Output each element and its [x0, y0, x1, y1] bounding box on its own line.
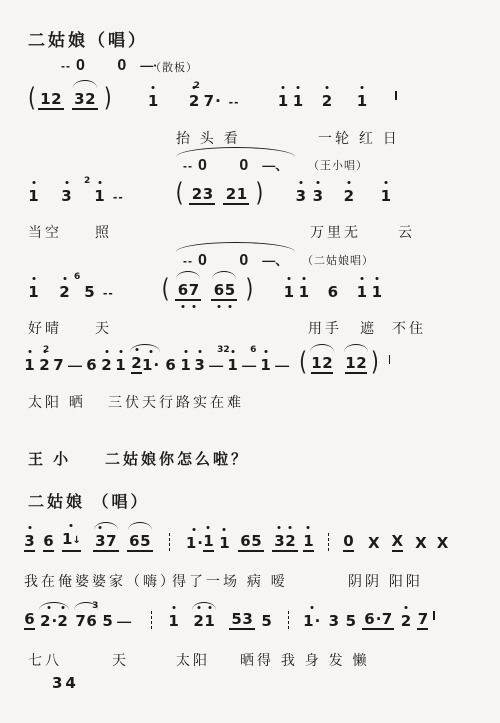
note: 1: [203, 532, 214, 552]
note: 1↓: [62, 530, 81, 552]
grace-note: 2: [43, 345, 49, 355]
spacer: [135, 629, 149, 630]
note: 3: [312, 187, 323, 205]
note-digit: 5: [102, 612, 112, 630]
note: 5: [261, 612, 272, 630]
music-line-4: 1272—62121·613—132—16—(1212): [24, 354, 392, 374]
rest-notation: --0 0—、: [180, 250, 291, 270]
note: 6·: [364, 610, 381, 628]
note-digit: 6: [129, 532, 139, 550]
octave-dot-above: [70, 524, 73, 527]
note-digit: 2: [59, 283, 69, 301]
note: 1: [380, 187, 391, 205]
octave-dot-above: [325, 86, 328, 89]
octave-dot-above: [135, 348, 138, 351]
note-group: 2·2: [38, 612, 70, 630]
octave-dot-above: [384, 181, 387, 184]
duration-dashes: --: [229, 94, 240, 109]
note-digit: 6: [43, 532, 53, 550]
singer-heading-2: 二姑娘 （唱）: [28, 489, 149, 512]
note: 2: [322, 354, 333, 374]
note: 3: [61, 187, 72, 205]
note-digit: X: [415, 534, 427, 552]
octave-dot-below: [181, 305, 184, 308]
rest-tail-dash: —、: [262, 158, 288, 173]
octave-dot-above: [299, 181, 302, 184]
note: 6: [327, 283, 338, 301]
spacer: [221, 109, 227, 110]
lyric-segment: 太阳 晒: [28, 392, 86, 412]
note-digit: 5: [231, 610, 241, 628]
note-digit: 1: [284, 283, 294, 301]
octave-dot-above: [47, 606, 50, 609]
note-digit: 3: [203, 185, 213, 203]
note-digit: 3: [194, 356, 204, 374]
spacer: [291, 629, 303, 630]
octave-dot-above: [223, 528, 226, 531]
note: 2: [51, 90, 62, 108]
rest-lead-dashes: --: [61, 59, 71, 73]
note-digit: 6: [24, 610, 34, 628]
singer-heading-1: 二姑娘（唱）: [28, 26, 148, 51]
note: 1: [303, 532, 314, 552]
lyric-segment: 晒得 我 身 发 懒: [240, 650, 370, 670]
note: 2: [191, 185, 202, 203]
note-digit: 5: [346, 612, 356, 630]
note-digit: 5: [261, 612, 271, 630]
note: 1·: [186, 534, 203, 552]
note: 5: [224, 281, 235, 299]
spacer: [70, 300, 84, 301]
spacer: [154, 629, 168, 630]
spacer: [114, 109, 148, 110]
note: 1: [371, 283, 382, 301]
spacer: [237, 300, 243, 301]
note-digit: 3: [95, 532, 105, 550]
note: 2: [343, 187, 354, 205]
note-digit: 7: [418, 610, 428, 628]
octave-dot-above: [149, 350, 152, 353]
spacer: [309, 300, 327, 301]
octave-dot-above: [375, 277, 378, 280]
note-group: 32: [72, 90, 98, 110]
note-digit: 2: [192, 185, 202, 203]
lyric-segment: 不住: [392, 318, 426, 338]
lyric-segment: 天: [95, 318, 112, 338]
lyric-segment: 阴阴 阳阳: [348, 571, 423, 591]
note: 2: [193, 612, 204, 630]
spacer: [338, 300, 356, 301]
note-digit: 2: [226, 185, 236, 203]
octave-dot-above: [281, 86, 284, 89]
note-digit: 1: [62, 530, 72, 548]
note: 72: [53, 356, 64, 374]
lyric-line-6: 七八天太阳晒得 我 身 发 懒: [0, 650, 500, 670]
augmentation-dot: ·: [315, 612, 321, 630]
note: 2: [39, 356, 50, 374]
spacer: [320, 629, 328, 630]
close-paren: ): [255, 176, 263, 207]
octave-dot-above: [197, 606, 200, 609]
note: 2: [356, 354, 367, 374]
note: 6: [129, 532, 140, 550]
note-digit: 1: [260, 356, 270, 374]
rest-notation: --0 0—、: [180, 155, 291, 175]
note: 1: [180, 356, 191, 374]
note-digit: 6: [364, 610, 374, 628]
note: 3: [74, 90, 85, 108]
note-digit: 3: [24, 532, 34, 550]
spacer: [331, 551, 343, 552]
rest-lead-dashes: --: [183, 254, 193, 268]
note: 1: [115, 356, 126, 374]
note-digit: 6: [86, 612, 96, 630]
octave-dot-above: [65, 181, 68, 184]
note: 1: [219, 534, 230, 552]
note-digit: 2: [322, 354, 332, 372]
singer-label: （二姑娘唱）: [302, 252, 374, 268]
spacer: [293, 373, 297, 374]
spacer: [265, 204, 295, 205]
note: 1: [204, 612, 215, 630]
octave-dot-above: [347, 181, 350, 184]
spacer: [126, 204, 174, 205]
spacer: [98, 109, 102, 110]
note-digit: 5: [251, 532, 261, 550]
lyric-segment: 抬 头 看: [176, 128, 241, 148]
octave-dot-above: [287, 277, 290, 280]
dashed-barline: [328, 533, 329, 551]
note-digit: 2: [39, 356, 49, 374]
octave-dot-above: [105, 350, 108, 353]
note-group: 21: [223, 185, 249, 205]
spacer: [303, 109, 321, 110]
note: 2: [101, 356, 112, 374]
note-digit: 1: [28, 283, 38, 301]
dashed-barline: [169, 533, 170, 551]
note: 2: [131, 354, 142, 374]
note: 5: [251, 532, 262, 550]
note: 7: [106, 532, 117, 550]
note: 6: [86, 356, 97, 374]
octave-dot-above: [28, 350, 31, 353]
open-paren: (: [299, 345, 307, 376]
note: 16: [260, 356, 271, 374]
spacer: [81, 551, 93, 552]
note-digit: 3: [329, 612, 339, 630]
duration-dash: —: [68, 357, 82, 373]
lyric-segment: 我在俺婆婆家（嗨）: [24, 571, 177, 591]
octave-dot-above: [360, 277, 363, 280]
note-digit: 1: [203, 532, 213, 550]
note-group: 6·7: [362, 610, 394, 630]
note-digit: 2: [57, 612, 67, 630]
note: 6: [24, 610, 35, 630]
octave-dot-above: [278, 526, 281, 529]
duration-dashes: --: [113, 189, 124, 204]
spacer: [201, 300, 211, 301]
note: 6: [43, 532, 54, 552]
note: 2: [285, 532, 296, 550]
note-digit: 2: [51, 90, 61, 108]
note-group: 23: [189, 185, 215, 205]
grace-note: 2: [194, 81, 200, 91]
octave-dot-above: [32, 277, 35, 280]
spacer: [39, 204, 61, 205]
note-digit: 5: [140, 532, 150, 550]
grace-note: 2: [84, 176, 90, 186]
grace-note: 32: [217, 345, 230, 355]
spacer: [95, 300, 101, 301]
note: 56: [84, 283, 95, 301]
note-digit: 5: [84, 283, 94, 301]
note: 1: [28, 283, 39, 301]
music-line-1: (1232)127·2--1121: [26, 90, 399, 110]
note-digit: 2: [344, 187, 354, 205]
note: 6: [165, 356, 176, 374]
note-digit: 3: [274, 532, 284, 550]
octave-dot-above: [119, 350, 122, 353]
note: 3: [242, 610, 253, 628]
note: 1: [148, 92, 159, 110]
speech-text: 王 小: [28, 448, 71, 469]
spacer: [153, 551, 167, 552]
note-group: 12: [309, 354, 335, 374]
rest-lead-dashes: --: [183, 159, 193, 173]
note-digit: X: [437, 534, 449, 552]
note-group: 65: [127, 532, 153, 552]
spacer: [35, 551, 43, 552]
music-line-5: 361↓37651·11653210XXXX: [24, 532, 448, 552]
note-group: 32: [272, 532, 298, 552]
note: 1: [283, 283, 294, 301]
note-digit: 6: [240, 532, 250, 550]
glissando-down-icon: ↓: [72, 535, 80, 546]
note-digit: 6: [165, 356, 175, 374]
spacer: [241, 109, 277, 110]
note-digit: 1: [345, 354, 355, 372]
spacer: [39, 300, 59, 301]
spacer: [332, 109, 356, 110]
note-digit: X: [392, 532, 404, 550]
note: 3: [328, 612, 339, 630]
note-digit: 1: [204, 612, 214, 630]
octave-dot-above: [264, 350, 267, 353]
spacer: [64, 109, 72, 110]
duration-dash: —: [117, 613, 131, 629]
note-digit: 5: [225, 281, 235, 299]
octave-dot-above: [184, 350, 187, 353]
note-digit: 1: [180, 356, 190, 374]
dialogue-line: 王 小二姑娘你怎么啦？: [0, 448, 500, 468]
note-group: 12: [343, 354, 369, 374]
note: 7·2: [204, 92, 221, 110]
note: 1: [356, 283, 367, 301]
lyric-segment: 万里无: [310, 222, 361, 242]
note: 1: [40, 90, 51, 108]
note: 7: [75, 612, 86, 630]
octave-dot-below: [228, 305, 231, 308]
note-digit: 3: [296, 187, 306, 205]
note: 5: [140, 532, 151, 550]
note: 6: [213, 281, 224, 299]
note-digit: 2: [131, 354, 141, 372]
spacer: [354, 551, 368, 552]
note: 1: [311, 354, 322, 374]
note: 3: [24, 532, 35, 552]
music-line-2: 1312--(2321)3321: [28, 185, 391, 205]
octave-dot-above: [32, 181, 35, 184]
grace-note: 3: [92, 601, 98, 611]
note: 7: [417, 610, 428, 630]
note-digit: 2: [85, 90, 95, 108]
duration-dashes: --: [103, 285, 114, 300]
spacer: [335, 373, 343, 374]
rest-zeros: 0 0: [76, 57, 140, 74]
note: 7: [381, 610, 392, 628]
note-group: 67: [175, 281, 201, 301]
note-digit: 7: [204, 92, 214, 110]
octave-dot-above: [198, 350, 201, 353]
note-digit: 1: [278, 92, 288, 110]
lyric-segment: 得了一场 病 嗳: [172, 571, 288, 591]
percussion-note: X: [415, 534, 427, 552]
dashed-barline: [151, 611, 152, 629]
note: 53: [102, 612, 113, 630]
note-digit: 0: [343, 532, 353, 550]
augmentation-dot: ·: [153, 356, 159, 374]
spacer: [354, 204, 380, 205]
lyric-line-4: 太阳 晒三伏天行路实在难: [0, 392, 500, 412]
note-digit: 2: [285, 532, 295, 550]
note-digit: 1: [186, 534, 196, 552]
note-group: 12: [38, 90, 64, 110]
note: 1: [28, 187, 39, 205]
note-digit: 1: [299, 283, 309, 301]
octave-dot-above: [231, 350, 234, 353]
note: 5: [231, 610, 242, 628]
note-digit: 3: [242, 610, 252, 628]
note-digit: 1: [227, 356, 237, 374]
note: 1: [24, 356, 35, 374]
note: 2·: [40, 612, 57, 630]
note-group: 21·: [129, 354, 161, 374]
spacer: [215, 204, 223, 205]
page-number: 34: [52, 674, 79, 692]
speech-text: 二姑娘你怎么啦？: [105, 448, 249, 469]
note-digit: 1: [142, 356, 152, 374]
octave-dot-above: [99, 526, 102, 529]
note: 1: [292, 92, 303, 110]
duration-dash: —: [209, 357, 223, 373]
note: 1: [236, 185, 247, 203]
note: 2: [225, 185, 236, 203]
octave-dot-above: [98, 181, 101, 184]
note-digit: 1: [303, 612, 313, 630]
note: 3: [194, 356, 205, 374]
note: 1: [168, 612, 179, 630]
percussion-note: X: [437, 534, 449, 552]
note: 2: [400, 612, 411, 630]
note: 2: [57, 612, 68, 630]
note-digit: 2: [401, 612, 411, 630]
note: 1: [356, 92, 367, 110]
note-digit: 1: [219, 534, 229, 552]
note-group: 53: [229, 610, 255, 630]
note-digit: 2: [40, 612, 50, 630]
spacer: [314, 551, 326, 552]
lyric-line-1: 抬 头 看一轮 红 日: [0, 128, 500, 148]
octave-dot-above: [360, 86, 363, 89]
spacer: [230, 551, 238, 552]
note: 3: [295, 187, 306, 205]
spacer: [323, 204, 343, 205]
octave-dot-above: [172, 606, 175, 609]
lyric-segment: 太阳: [176, 650, 210, 670]
note-group: 37: [93, 532, 119, 552]
note: 7: [188, 281, 199, 299]
note: 1·: [303, 612, 320, 630]
note: 132: [227, 356, 238, 374]
note-digit: 1: [381, 187, 391, 205]
barline: [395, 91, 397, 100]
note-digit: 1: [293, 92, 303, 110]
octave-dot-below: [192, 305, 195, 308]
note-group: 65: [238, 532, 264, 552]
rest-measure-3: --0 0—、（二姑娘唱）: [180, 250, 291, 270]
note: 1: [298, 283, 309, 301]
note-digit: 1: [168, 612, 178, 630]
lyric-line-2: 当空照万里无云: [0, 222, 500, 242]
percussion-note: X: [368, 534, 380, 552]
octave-dot-above: [316, 181, 319, 184]
lyric-segment: 云: [398, 222, 415, 242]
octave-dot-above: [302, 277, 305, 280]
note-digit: 1: [40, 90, 50, 108]
note: 5: [345, 612, 356, 630]
spacer: [381, 373, 387, 374]
note-digit: 1: [372, 283, 382, 301]
rest-tail-dash: —、: [262, 253, 288, 268]
note-digit: 6: [328, 283, 338, 301]
note-group: 21: [191, 612, 217, 630]
lyric-segment: 照: [95, 222, 112, 242]
lyric-segment: 三伏天行路实在难: [108, 392, 244, 412]
lyric-segment: 当空: [28, 222, 62, 242]
note-digit: 1: [357, 283, 367, 301]
note-digit: 7: [53, 356, 63, 374]
note: 12: [94, 187, 105, 205]
lyric-line-3: 好晴天用手遮不住: [0, 318, 500, 338]
singer-label: （王小唱）: [308, 157, 368, 173]
octave-dot-below: [217, 305, 220, 308]
lyric-segment: 一轮 红 日: [318, 128, 400, 148]
spacer: [116, 300, 160, 301]
octave-dot-above: [208, 606, 211, 609]
note: 1: [345, 354, 356, 374]
rest-zeros: 0 0: [198, 157, 262, 174]
spacer: [380, 551, 392, 552]
note: 1: [277, 92, 288, 110]
octave-dot-above: [63, 277, 66, 280]
note-digit: 2: [189, 92, 199, 110]
open-paren: (: [162, 272, 170, 303]
octave-dot-above: [289, 526, 292, 529]
duration-dash: —: [275, 357, 289, 373]
octave-dot-above: [207, 526, 210, 529]
music-line-6: 62·27653—1215351·356·727: [24, 610, 437, 630]
spacer: [403, 551, 415, 552]
